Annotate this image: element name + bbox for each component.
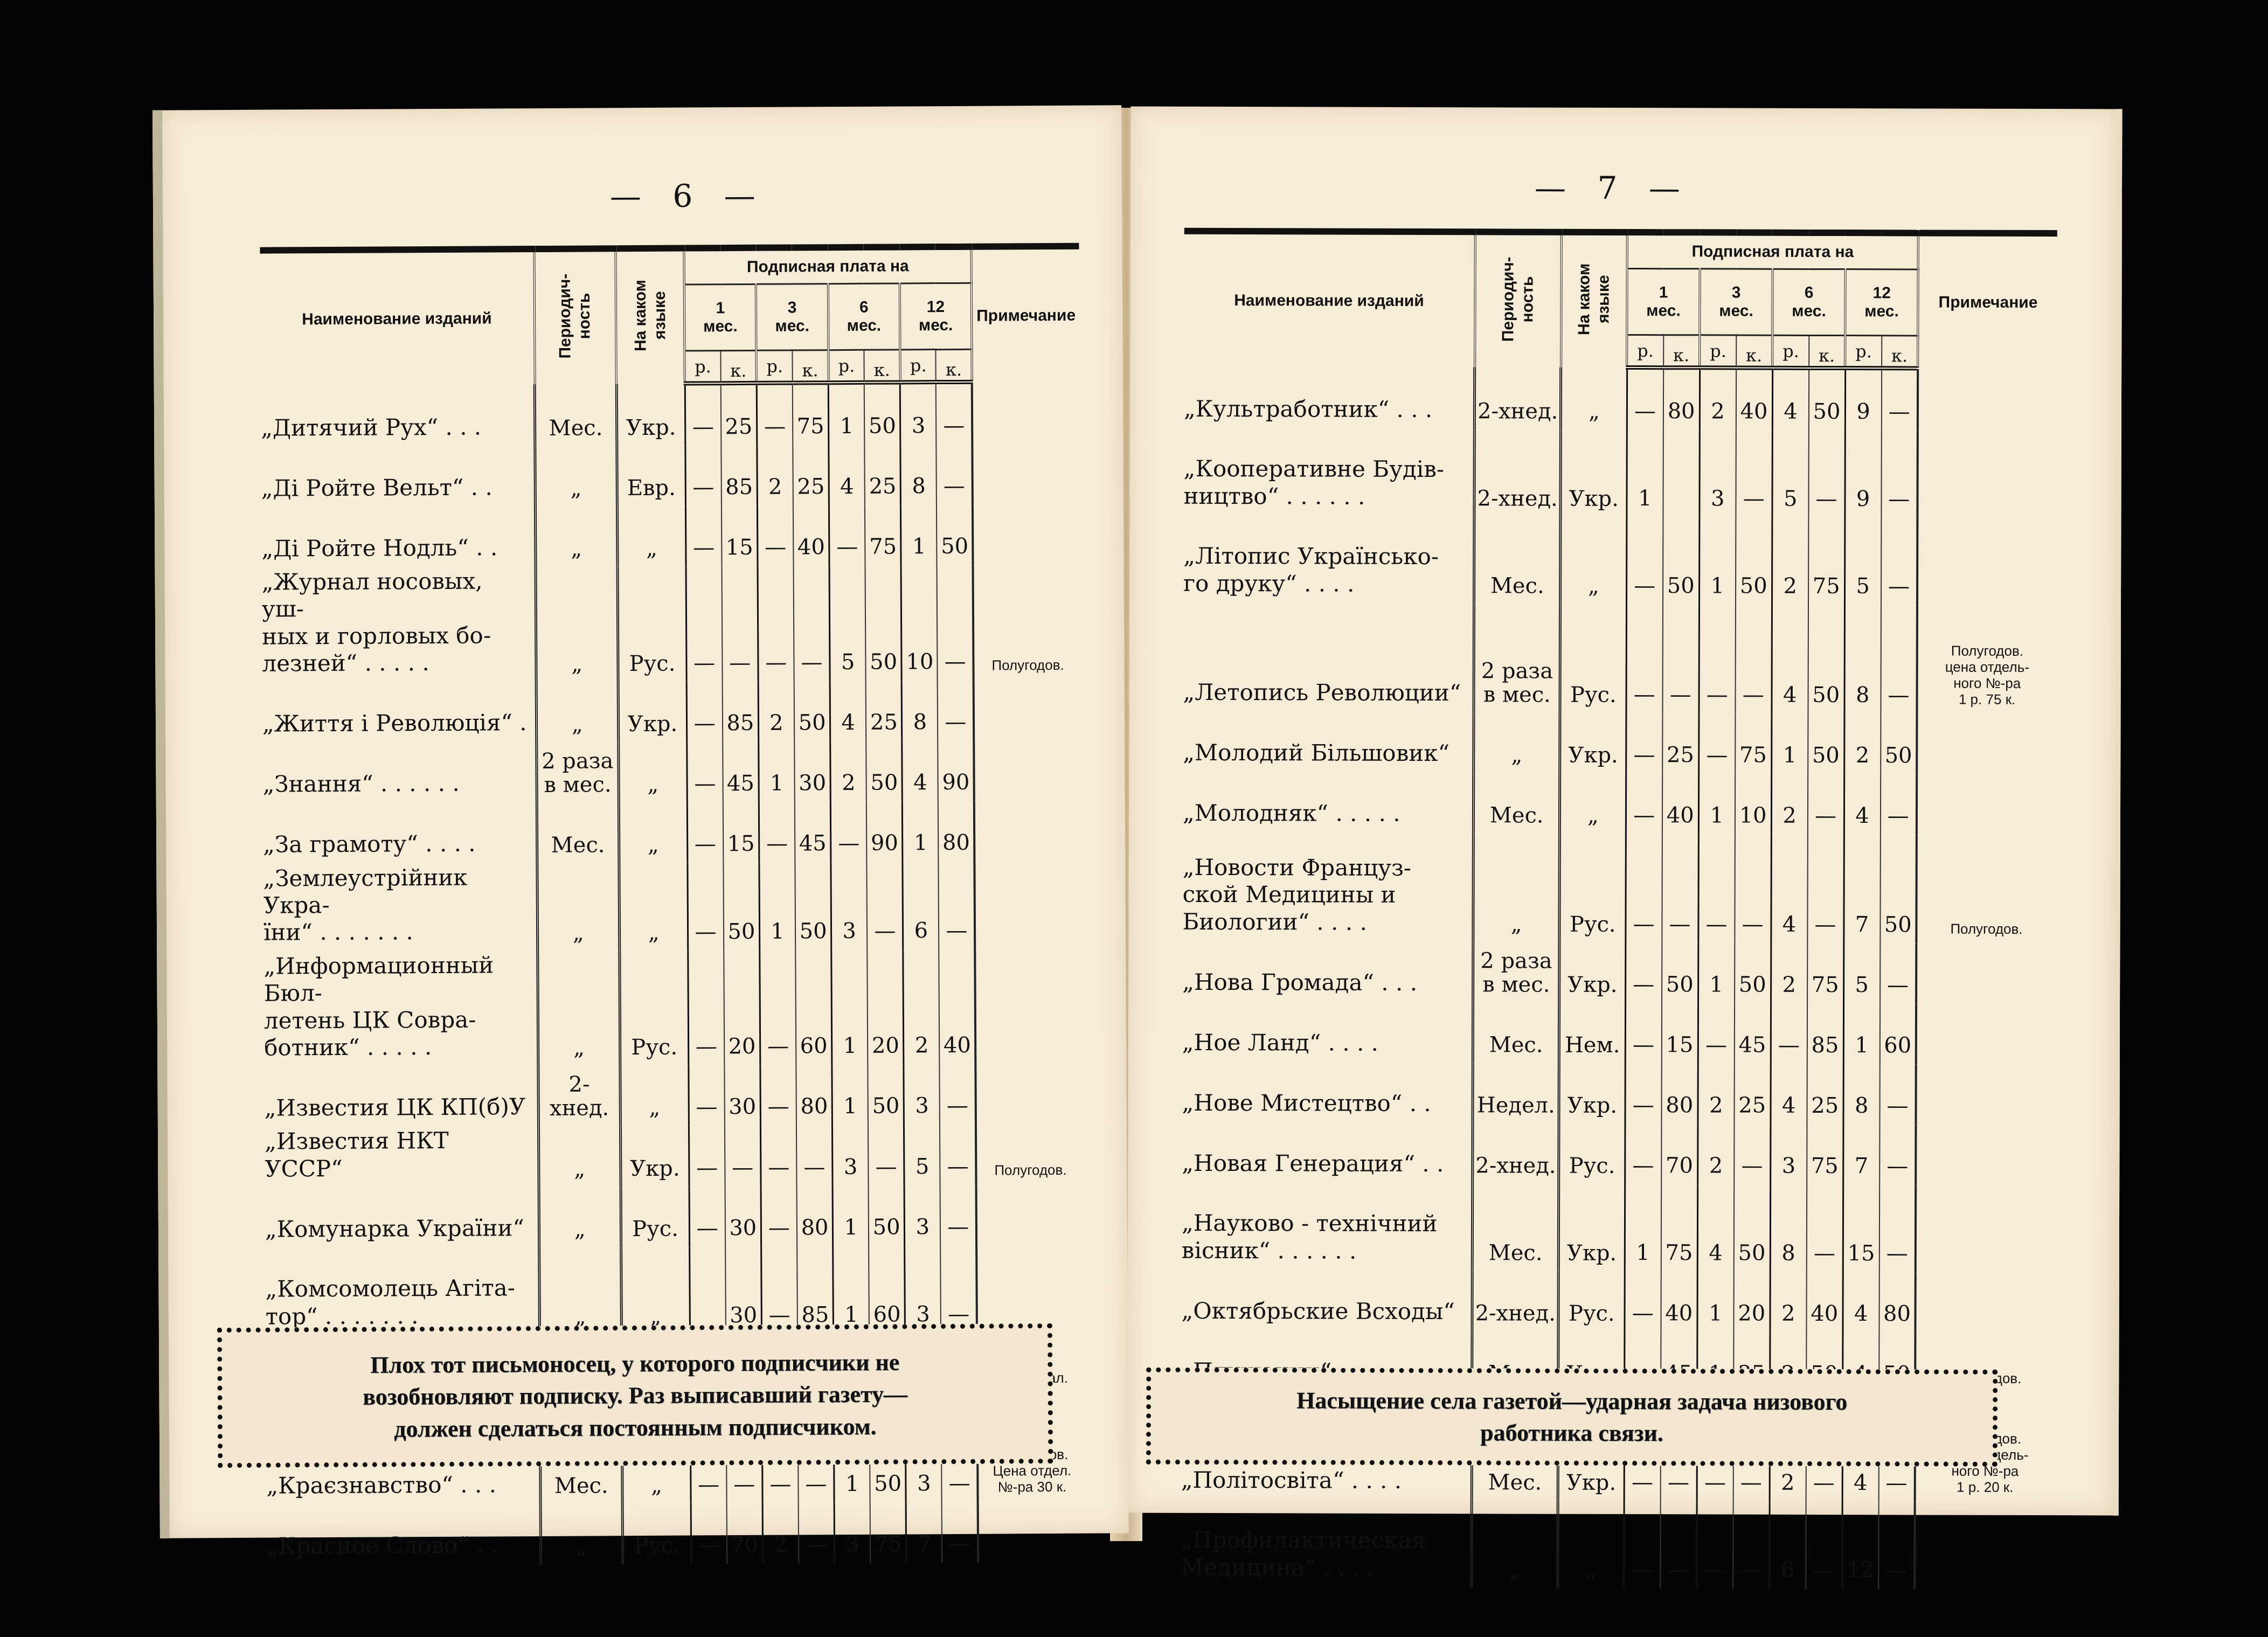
column-header-term-3: 3 мес. [756, 284, 828, 351]
language: Укр. [620, 1126, 689, 1187]
publication-name: „Дитячий Рух“ . . . [261, 384, 535, 448]
price-kop: 50 [1808, 368, 1845, 431]
table-row: „Молодий Більшовик“„Укр.—25—75150250 [1183, 712, 2056, 775]
column-header-name: Наименование изданий [260, 249, 535, 386]
periodicity: „ [1474, 713, 1560, 773]
price-rub: 2 [757, 446, 793, 506]
publication-name: „Молодняк“ . . . . . [1183, 773, 1474, 834]
table-row: „За грамоту“ . . . .Мес.„—15—45—90180 [263, 800, 1083, 865]
note [1915, 1502, 2054, 1590]
table-row: „Кооперативне Будів- ництво“ . . . . . .… [1183, 429, 2056, 518]
table-row: „Информационный Бюл- летень ЦК Совра- бо… [263, 948, 1083, 1068]
price-rub: 1 [1698, 943, 1735, 1003]
price-rub: 1 [833, 1246, 869, 1334]
price-kop: — [1808, 774, 1844, 835]
price-rub: — [689, 1187, 725, 1247]
note [1916, 944, 2055, 1004]
price-rub: 3 [833, 1125, 869, 1186]
price-kop: — [868, 1125, 904, 1186]
price-rub: 7 [906, 1502, 942, 1563]
column-header-periodicity: Периодич- ность [534, 248, 616, 384]
publication-name: „Новая Генерация“ . . [1182, 1123, 1473, 1184]
price-kop: 85 [797, 1246, 833, 1334]
price-rub: — [1698, 834, 1735, 943]
note [1917, 774, 2056, 835]
unit-kop: к. [1736, 335, 1773, 368]
language: Укр. [1558, 1184, 1625, 1272]
price-kop: 25 [1662, 713, 1699, 774]
column-header-language: На каком языке [615, 248, 684, 384]
price-rub: 2 [1700, 367, 1736, 430]
price-rub: — [1626, 774, 1662, 834]
slogan-banner: Плох тот письмоносец, у которого подписч… [217, 1323, 1053, 1468]
price-rub: — [1625, 943, 1662, 1003]
price-rub: 4 [1844, 774, 1881, 835]
price-rub: 3 [904, 1185, 940, 1246]
price-kop: 90 [866, 801, 903, 862]
price-rub: 9 [1845, 368, 1882, 431]
price-kop: 20 [724, 951, 760, 1066]
note [1916, 1064, 2055, 1125]
price-rub: 4 [830, 681, 866, 741]
note: Полугодов. цена отдель- ного №-ра 1 р. 7… [1917, 605, 2056, 715]
price-kop: 45 [723, 741, 759, 802]
language: Рус. [622, 1504, 691, 1565]
price-rub: — [1698, 1003, 1735, 1064]
note [975, 1064, 1083, 1125]
price-rub: 7 [1843, 1125, 1879, 1185]
column-header-price-group: Подписная плата на [1627, 232, 1918, 269]
price-rub: — [1625, 1272, 1661, 1332]
price-kop: 50 [1808, 714, 1844, 774]
price-rub: 6 [903, 862, 939, 950]
price-rub: 4 [1697, 1184, 1734, 1272]
language: „ [617, 507, 686, 567]
periodicity: „ [536, 567, 618, 682]
price-rub: — [689, 1126, 725, 1187]
price-rub: — [688, 863, 724, 951]
price-rub: 4 [1843, 1272, 1879, 1333]
note: Полугодов. [1917, 835, 2056, 944]
unit-rub: р. [900, 350, 936, 383]
price-rub: — [687, 802, 723, 863]
publication-name: „Культработник“ . . . [1184, 366, 1475, 429]
price-kop: — [1807, 835, 1844, 944]
publication-name: „Життя і Революція“ . [262, 683, 537, 745]
unit-kop: к. [936, 349, 972, 382]
price-rub: 2 [762, 1503, 799, 1564]
price-kop: 75 [865, 505, 901, 565]
page-number: — 6 — [610, 177, 766, 215]
price-rub: — [691, 1503, 727, 1564]
language: Укр. [1559, 943, 1626, 1003]
price-kop: — [938, 680, 974, 740]
language: Укр. [618, 682, 687, 743]
price-kop: — [1881, 518, 1918, 605]
price-kop: 15 [1661, 1003, 1698, 1064]
note [973, 504, 1080, 565]
price-kop: — [1735, 835, 1771, 944]
unit-rub: р. [1845, 336, 1882, 369]
price-rub: 5 [829, 566, 866, 681]
price-rub: — [686, 742, 723, 802]
publication-name: „Кооперативне Будів- ництво“ . . . . . . [1183, 429, 1474, 517]
periodicity: „ [535, 446, 617, 507]
price-kop: 85 [722, 681, 758, 741]
price-kop: — [941, 1246, 977, 1333]
unit-kop: к. [1809, 335, 1846, 368]
price-kop [1663, 430, 1700, 517]
price-rub: 2 [1772, 518, 1808, 605]
price-rub: 4 [1772, 368, 1809, 431]
unit-kop: к. [720, 350, 757, 383]
price-kop: 80 [1879, 1272, 1916, 1333]
price-rub: — [830, 801, 866, 862]
periodicity: „ [538, 951, 620, 1066]
price-kop: — [1879, 1125, 1916, 1185]
price-kop: 85 [721, 446, 757, 506]
unit-kop: к. [864, 350, 900, 383]
price-kop: 50 [937, 505, 973, 565]
price-rub: — [1625, 1064, 1662, 1124]
price-rub: 1 [759, 741, 795, 802]
price-kop: 25 [793, 445, 829, 505]
price-kop: 60 [1879, 1004, 1916, 1064]
language: „ [619, 863, 688, 951]
note: Полугодов. [976, 1124, 1084, 1185]
column-header-note: Примечание [972, 246, 1080, 382]
column-header-term-1: 1 мес. [684, 284, 757, 351]
price-rub: 2 [1771, 944, 1807, 1004]
price-rub: — [760, 950, 796, 1065]
language: „ [621, 1247, 690, 1335]
periodicity: 2 раза в мес. [537, 743, 619, 803]
price-rub: 1 [1625, 1184, 1661, 1272]
table-row: „Новости Француз- ской Медицины и Биолог… [1182, 833, 2056, 944]
price-kop: 50 [1735, 944, 1771, 1004]
price-kop: — [1806, 1502, 1842, 1589]
price-rub: 5 [1844, 518, 1881, 605]
price-rub: 15 [1843, 1185, 1879, 1272]
price-kop: 20 [1733, 1272, 1770, 1333]
price-kop: — [936, 382, 972, 445]
price-kop: — [1735, 605, 1772, 714]
note [975, 948, 1083, 1064]
price-kop: — [1662, 834, 1698, 943]
price-kop: — [937, 445, 973, 505]
price-rub: — [1625, 1124, 1661, 1184]
price-rub: — [1626, 834, 1662, 943]
periodicity: Мес. [537, 803, 619, 864]
column-header-term-1: 1 мес. [1627, 269, 1700, 335]
price-kop: — [1806, 1185, 1843, 1272]
price-kop: 40 [1736, 368, 1773, 431]
table-row: „Комунарка України“„Рус.—30—801503— [265, 1185, 1085, 1250]
price-kop: 50 [723, 862, 759, 951]
price-kop: — [1879, 1185, 1916, 1272]
unit-rub: р. [828, 350, 864, 383]
publication-name: „Науково - технічний вісник“ . . . . . . [1182, 1183, 1473, 1271]
column-header-term-12: 12 мес. [1845, 269, 1918, 336]
language: Рус. [618, 567, 686, 682]
language: Укр. [1560, 430, 1627, 517]
price-kop: 50 [1733, 1185, 1770, 1272]
price-rub: — [686, 566, 723, 682]
note [974, 800, 1082, 861]
periodicity: 2 раза в мес. [1473, 942, 1559, 1003]
price-rub: — [760, 1126, 796, 1187]
price-rub: 1 [1843, 1004, 1880, 1064]
periodicity: „ [539, 1187, 621, 1248]
periodicity: 2 раза в мес. [1474, 604, 1560, 713]
price-kop: — [1733, 1502, 1770, 1589]
price-rub: 8 [1770, 1185, 1807, 1272]
periodicity: „ [1472, 1501, 1558, 1588]
price-kop: 80 [938, 801, 974, 861]
unit-rub: р. [1700, 335, 1736, 368]
unit-kop: к. [1663, 335, 1700, 368]
column-header-language: На каком языке [1561, 232, 1627, 367]
price-kop: — [1734, 1125, 1771, 1185]
page-right: — 7 — Наименование изданий Периодич- нос… [1127, 107, 2123, 1516]
price-kop: 45 [795, 802, 831, 862]
price-rub: — [1698, 713, 1735, 774]
publication-name: „Октябрьские Всходы“ [1181, 1271, 1472, 1331]
note [1916, 1004, 2055, 1065]
periodicity: 2-хнед. [1474, 429, 1560, 517]
periodicity: „ [539, 1127, 621, 1188]
price-rub: — [689, 1065, 725, 1126]
publication-name: „Информационный Бюл- летень ЦК Совра- бо… [263, 952, 538, 1068]
price-rub: 8 [1844, 605, 1881, 714]
price-rub: 1 [831, 950, 868, 1065]
price-rub: 1 [901, 505, 937, 565]
periodicity: „ [540, 1504, 622, 1565]
price-kop: 50 [1881, 714, 1917, 774]
price-rub: 9 [1845, 431, 1882, 518]
table-row: „Знання“ . . . . . .2 раза в мес.„—45130… [262, 740, 1082, 804]
price-kop: 20 [867, 949, 904, 1065]
price-kop: — [1660, 1501, 1697, 1589]
table-row: „Життя і Революція“ .„Укр.—852504258— [262, 679, 1082, 744]
price-rub: — [757, 506, 793, 566]
price-rub: 10 [901, 565, 938, 681]
table-row: „Комсомолець Агіта- тор“ . . . . . . .„„… [265, 1245, 1085, 1337]
publication-name: „За грамоту“ . . . . [263, 803, 537, 865]
periodicity: Мес. [1474, 773, 1560, 834]
periodicity: 2-хнед. [1473, 1123, 1559, 1184]
price-rub: 2 [1770, 1272, 1807, 1333]
price-kop: 30 [725, 1247, 761, 1334]
publication-name: „Нове Мистецтво“ . . [1182, 1063, 1473, 1123]
periodicity: „ [536, 507, 618, 567]
price-rub: 2 [903, 949, 940, 1065]
price-kop: 85 [1807, 1004, 1843, 1064]
unit-rub: р. [1627, 335, 1663, 368]
language: Укр. [1559, 1064, 1625, 1124]
language: Евр. [616, 446, 685, 507]
note [1916, 1125, 2055, 1185]
price-kop: — [1880, 944, 1917, 1004]
publication-name: „Летопись Революции“ [1183, 604, 1474, 713]
unit-kop: к. [1882, 336, 1918, 369]
column-header-note: Примечание [1918, 233, 2057, 369]
table-row: „Летопись Революции“2 раза в мес.Рус.———… [1183, 604, 2056, 715]
price-kop: — [939, 861, 975, 949]
price-kop: 30 [724, 1065, 760, 1126]
table-row: „Нове Мистецтво“ . .Недел.Укр.—802254258… [1182, 1063, 2055, 1125]
note [974, 740, 1081, 801]
language: Рус. [621, 1187, 690, 1248]
price-kop: 60 [869, 1246, 905, 1334]
price-rub: 2 [1697, 1124, 1734, 1184]
price-rub [689, 1247, 725, 1334]
publication-name: „Комунарка України“ [265, 1188, 539, 1250]
table-row: „Літопис Українсько- го друку“ . . . .Ме… [1183, 516, 2056, 606]
price-rub: 12 [1842, 1502, 1878, 1589]
publication-name: „Ді Ройте Нодль“ . . [261, 507, 536, 569]
publication-name: „Журнал носовых, уш- ных и горловых бо- … [262, 567, 537, 684]
table-row: „Журнал носовых, уш- ных и горловых бо- … [262, 565, 1081, 684]
price-rub: 1 [1698, 774, 1735, 834]
table-row: „Ді Ройте Нодль“ . .„„—15—40—75150 [261, 504, 1081, 569]
page-left: — 6 — Наименование изданий Периодич- нос… [152, 105, 1129, 1538]
table-row: „Дитячий Рух“ . . .Мес.Укр.—25—751503— [261, 381, 1080, 448]
table-row: „Профилактическая Медицина“ . . . .„„———… [1181, 1500, 2054, 1590]
price-kop: — [796, 1125, 833, 1186]
publication-name: „Літопис Українсько- го друку“ . . . . [1183, 516, 1474, 604]
language: „ [618, 742, 687, 803]
price-kop: — [937, 565, 974, 681]
price-kop: 50 [794, 681, 830, 741]
price-kop: 60 [795, 950, 832, 1065]
price-rub: 1 [833, 1186, 869, 1246]
price-kop: 75 [793, 383, 829, 445]
price-kop: 50 [868, 1065, 904, 1125]
price-rub: — [686, 682, 723, 742]
price-kop: 25 [721, 383, 757, 446]
price-rub: — [685, 383, 721, 446]
publication-name: „Профилактическая Медицина“ . . . . [1181, 1500, 1472, 1588]
periodicity: Мес. [535, 384, 616, 447]
price-kop: 40 [1661, 1272, 1697, 1332]
price-kop: 40 [1662, 774, 1699, 834]
language: Рус. [1560, 605, 1626, 713]
price-kop: 30 [794, 741, 830, 802]
price-kop: 15 [722, 506, 758, 566]
price-kop: 50 [1808, 605, 1844, 714]
price-kop: 50 [865, 565, 902, 681]
price-kop: — [722, 566, 758, 682]
price-kop: 40 [793, 505, 829, 566]
price-rub: 5 [1843, 944, 1880, 1004]
price-rub: 2 [830, 741, 866, 801]
price-kop: 80 [797, 1186, 833, 1246]
price-kop: 70 [726, 1503, 762, 1564]
language: „ [1559, 774, 1626, 834]
price-rub: 3 [1770, 1125, 1807, 1185]
note: Полугодов. [973, 565, 1081, 681]
language: Нем. [1559, 1003, 1625, 1064]
periodicity: Мес. [1474, 517, 1560, 604]
price-rub: — [1696, 1501, 1733, 1589]
price-rub: 1 [1627, 430, 1663, 517]
periodicity: 2-хнед. [1472, 1271, 1558, 1331]
price-rub: 8 [1843, 1064, 1880, 1125]
price-rub: 3 [834, 1503, 870, 1563]
price-kop: — [799, 1503, 835, 1563]
price-kop: — [1662, 605, 1699, 713]
language: Рус. [619, 951, 688, 1066]
price-kop: — [1881, 368, 1918, 431]
price-rub: 4 [1772, 605, 1808, 714]
price-kop: — [1808, 431, 1845, 518]
price-kop: 50 [795, 862, 831, 951]
note [1916, 1272, 2055, 1333]
note [975, 861, 1083, 949]
price-rub: — [1626, 517, 1663, 605]
price-rub: 2 [1698, 1064, 1735, 1124]
note [1917, 518, 2056, 606]
price-kop: — [942, 1502, 978, 1563]
price-kop: 50 [1736, 518, 1772, 605]
price-rub: 2 [758, 681, 794, 741]
price-rub: 2 [1844, 714, 1881, 774]
price-kop: — [1878, 1502, 1915, 1589]
note [972, 444, 1080, 505]
price-rub: — [1626, 713, 1662, 774]
language: „ [620, 1066, 689, 1127]
periodicity: „ [1473, 834, 1559, 942]
price-rub: 1 [759, 862, 795, 951]
price-rub: — [761, 1247, 797, 1334]
periodicity: Мес. [1473, 1184, 1559, 1271]
price-rub: — [1627, 367, 1663, 430]
price-rub: — [1699, 605, 1736, 713]
price-kop: — [725, 1126, 761, 1187]
price-kop: 50 [866, 741, 902, 801]
price-kop: 25 [1807, 1064, 1843, 1125]
price-kop: — [1881, 605, 1917, 714]
table-row: „Октябрьские Всходы“2-хнед.Рус.—40120240… [1181, 1271, 2054, 1333]
price-rub: 3 [905, 1246, 941, 1333]
price-kop: 80 [796, 1065, 832, 1125]
note [974, 679, 1081, 740]
price-kop: 25 [865, 445, 901, 505]
price-rub: — [685, 506, 722, 566]
price-kop: — [1879, 1064, 1916, 1125]
note [978, 1502, 1086, 1563]
unit-rub: р. [757, 350, 793, 383]
periodicity: „ [537, 863, 619, 952]
table-row: „Новая Генерация“ . .2-хнед.Рус.—702—375… [1182, 1123, 2055, 1185]
price-rub: 4 [902, 741, 938, 801]
price-kop: 75 [1807, 944, 1844, 1004]
publication-name: „Знання“ . . . . . . [262, 743, 537, 805]
price-kop: 80 [1661, 1064, 1698, 1124]
publication-name: „Землеустрійник Укра- їни“ . . . . . . . [263, 864, 538, 953]
publication-name: „Известия НКТ УССР“ [265, 1127, 539, 1189]
price-kop: 40 [1806, 1272, 1843, 1333]
price-rub: 1 [1699, 517, 1736, 605]
language: Рус. [1559, 1124, 1625, 1184]
price-kop: — [1881, 431, 1918, 518]
table-row: „Нова Громада“ . . .2 раза в мес.Укр.—50… [1182, 942, 2055, 1004]
price-rub: 5 [904, 1125, 940, 1185]
note [972, 381, 1080, 445]
note [1916, 1185, 2055, 1273]
price-rub: — [829, 505, 865, 566]
